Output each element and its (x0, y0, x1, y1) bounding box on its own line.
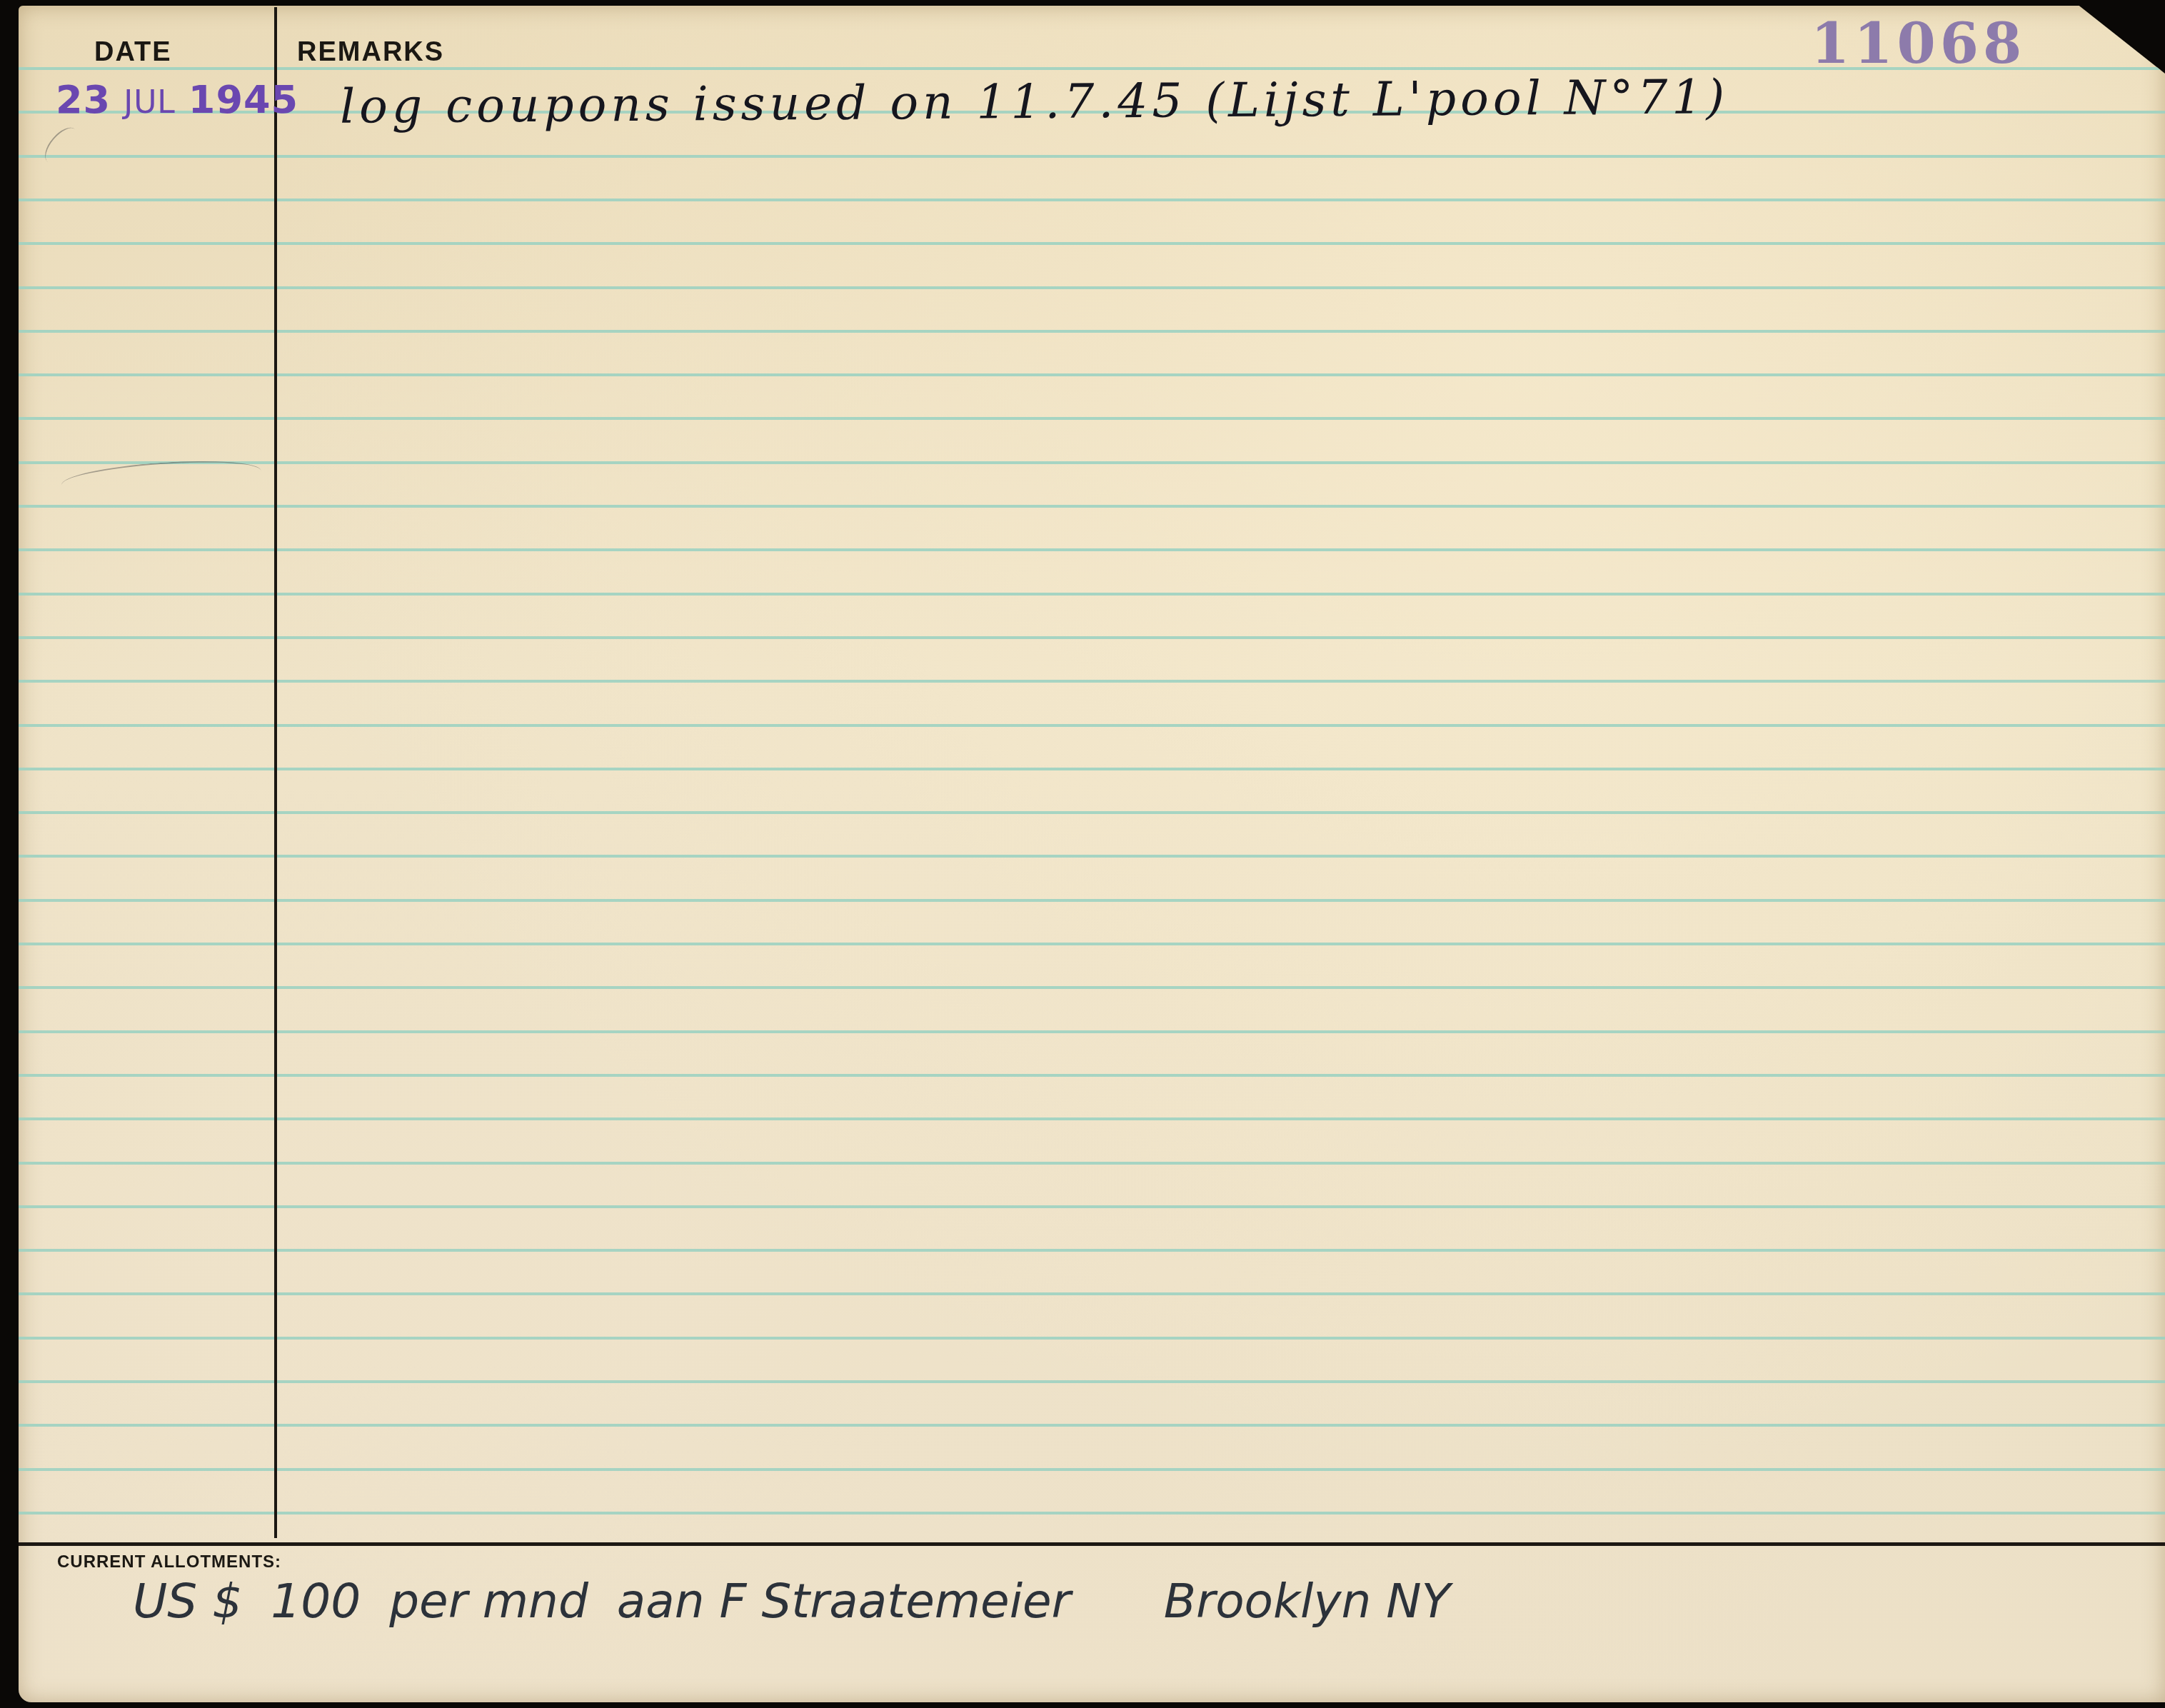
date-day: 23 (56, 77, 111, 122)
column-divider (274, 7, 277, 1538)
rule-line (19, 680, 2165, 683)
rule-line (19, 286, 2165, 289)
rule-line (19, 242, 2165, 245)
rule-line (19, 943, 2165, 945)
current-allotments-label: CURRENT ALLOTMENTS: (57, 1552, 281, 1572)
rule-line (19, 1424, 2165, 1427)
rule-line (19, 1337, 2165, 1340)
allotment-frequency: per mnd (389, 1574, 588, 1629)
pencil-check-mark (39, 122, 84, 170)
rule-line (19, 155, 2165, 158)
date-column-header: DATE (94, 37, 172, 68)
remark-entry: log coupons issued on 11.7.45 (Lijst L'p… (340, 69, 1729, 134)
allotment-location: Brooklyn NY (1164, 1574, 1450, 1629)
date-month: JUL (124, 84, 176, 121)
rule-line (19, 1292, 2165, 1295)
rule-line (19, 1468, 2165, 1471)
rule-line (19, 373, 2165, 376)
rule-line (19, 548, 2165, 551)
date-stamp: 23JUL1945 (56, 77, 298, 122)
rule-line (19, 1074, 2165, 1077)
rule-line (19, 1030, 2165, 1033)
remarks-column-header: REMARKS (297, 37, 444, 68)
record-card: DATE REMARKS 11068 23JUL1945 log coupons… (19, 6, 2165, 1702)
allotment-amount: 100 (271, 1574, 361, 1629)
rule-line (19, 461, 2165, 464)
rule-line (19, 330, 2165, 333)
rule-line (19, 1512, 2165, 1514)
rule-line (19, 1249, 2165, 1252)
ruled-lines (19, 6, 2165, 1702)
rule-line (19, 855, 2165, 858)
rule-line (19, 1205, 2165, 1208)
pencil-stroke (61, 456, 262, 499)
rule-line (19, 1380, 2165, 1383)
rule-line (19, 417, 2165, 420)
allotment-recipient: aan F Straatemeier (617, 1574, 1071, 1629)
rule-line (19, 199, 2165, 201)
current-allotments-entry: US $100per mndaan F StraatemeierBrooklyn… (133, 1574, 1479, 1629)
rule-line (19, 505, 2165, 508)
rule-line (19, 593, 2165, 596)
card-number-stamp: 11068 (1811, 11, 2026, 76)
date-year: 1945 (189, 77, 298, 122)
allotment-currency: US $ (133, 1574, 242, 1629)
rule-line (19, 768, 2165, 770)
rule-line (19, 1162, 2165, 1165)
rule-line (19, 811, 2165, 814)
rule-line (19, 899, 2165, 902)
allotments-divider (19, 1542, 2165, 1546)
rule-line (19, 1117, 2165, 1120)
rule-line (19, 636, 2165, 639)
rule-line (19, 724, 2165, 727)
rule-line (19, 986, 2165, 989)
